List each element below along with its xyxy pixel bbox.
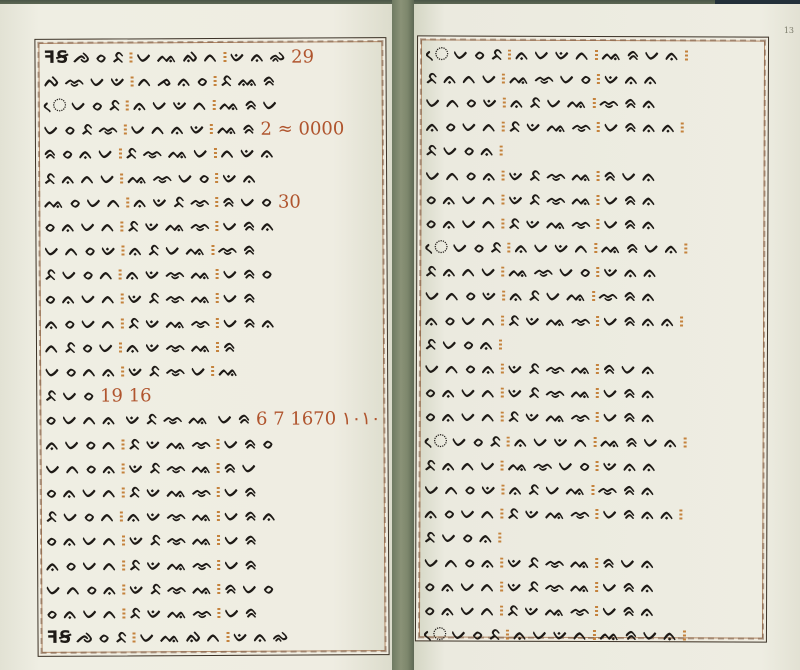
- lontara-glyph: ᨈ: [446, 167, 462, 184]
- lontara-glyph: ᨉ: [145, 218, 161, 235]
- pallawa-separator: [507, 436, 510, 447]
- lontara-glyph: ᨉ: [483, 95, 499, 112]
- lontara-glyph: ᨅ: [173, 194, 186, 211]
- lontara-glyph: ᨑ: [223, 194, 237, 211]
- lontara-glyph: ᨕ: [545, 603, 566, 620]
- manuscript-line: ᨊᨆᨔᨈᨅᨉᨕᨎᨆᨑᨔ: [45, 431, 381, 457]
- lontara-glyph: ᨊ: [662, 119, 677, 136]
- manuscript-line: ᨙᨆᨔᨅᨊᨆᨉᨈᨕᨑᨆᨊ: [425, 236, 761, 261]
- pallawa-separator: [500, 581, 503, 592]
- lontara-glyph: ᨆ: [242, 580, 258, 597]
- lontara-glyph: ᨉ: [147, 557, 163, 574]
- manuscript-line: ᨔᨊᨆᨈᨅᨉᨕᨎᨆᨑᨊ: [425, 405, 761, 430]
- lontara-glyph: ᨆ: [452, 433, 468, 450]
- lontara-glyph: ᨋ: [273, 629, 290, 646]
- lontara-glyph: ᨔ: [444, 312, 457, 329]
- lontara-glyph: ᨊ: [642, 119, 657, 136]
- lontara-glyph: ᨎ: [571, 313, 592, 330]
- manuscript-line: ᨔᨆᨈᨊᨉᨅᨎᨕᨆᨑ6 7 1670 هجرا سنة رمضان سبت ١٠…: [45, 407, 381, 433]
- lontara-glyph: ᨈ: [67, 581, 83, 598]
- lontara-glyph: ᨑ: [604, 168, 618, 185]
- pallawa-separator: [593, 437, 596, 448]
- pallawa-separator: [216, 342, 219, 353]
- lontara-glyph: ᨆ: [82, 557, 98, 574]
- lontara-glyph: ᨕ: [219, 363, 240, 380]
- lontara-glyph: ᨔ: [579, 458, 592, 475]
- lontara-glyph: ᨊ: [129, 242, 144, 259]
- lontara-glyph: ᨅ: [126, 146, 139, 163]
- lontara-glyph: ᨊ: [102, 460, 117, 477]
- lontara-glyph: ᨙ: [44, 98, 68, 115]
- lontara-glyph: ᨊ: [62, 291, 77, 308]
- lontara-glyph: ᨅ: [128, 315, 141, 332]
- lontara-glyph: ᨆ: [461, 506, 477, 523]
- pallawa-separator: [121, 366, 124, 377]
- lontara-glyph: ᨆ: [193, 145, 209, 162]
- lontara-glyph: ᨆ: [602, 603, 618, 620]
- pallawa-separator: [595, 50, 598, 61]
- pallawa-separator: [217, 535, 220, 546]
- manuscript-line: ᨅᨆᨔᨊ: [424, 526, 760, 551]
- lontara-glyph: ᨎ: [546, 192, 567, 209]
- lontara-glyph: ᨅ: [507, 506, 520, 523]
- lontara-glyph: ᨔ: [45, 412, 58, 429]
- lontara-glyph: ᨊ: [171, 121, 186, 138]
- lontara-glyph: ᨊ: [45, 436, 60, 453]
- lontara-glyph: ᨔ: [198, 170, 211, 187]
- lontara-glyph: ᨊ: [624, 264, 639, 281]
- lontara-glyph: ᨕ: [192, 508, 213, 525]
- lontara-glyph: ᨊ: [133, 97, 148, 114]
- lontara-glyph: ᨈ: [575, 47, 591, 64]
- lontara-glyph: ᨎ: [572, 216, 593, 233]
- lontara-glyph: ᨕ: [509, 70, 530, 87]
- lontara-glyph: ᨆ: [603, 409, 619, 426]
- lontara-glyph: ᨈ: [138, 73, 154, 90]
- lontara-glyph: ᨆ: [546, 288, 562, 305]
- manuscript-line: ꟻꞨᨌᨔᨅᨆᨕᨁᨈᨉᨊᨋ29: [43, 44, 379, 70]
- lontara-glyph: ᨁ: [182, 49, 199, 66]
- pallawa-separator: [503, 98, 506, 109]
- lontara-glyph: ᨎ: [65, 73, 86, 90]
- lontara-glyph: ᨆ: [424, 554, 440, 571]
- lontara-glyph: ᨊ: [479, 530, 494, 547]
- lontara-glyph: ᨊ: [442, 215, 457, 232]
- lontara-glyph: ᨔ: [85, 460, 98, 477]
- lontara-glyph: ᨉ: [110, 73, 126, 90]
- lontara-glyph: ᨑ: [603, 361, 617, 378]
- lontara-glyph: ᨅ: [528, 554, 541, 571]
- lontara-glyph: ᨑ: [623, 603, 637, 620]
- lontara-glyph: ᨑ: [243, 121, 257, 138]
- lontara-glyph: ᨉ: [146, 436, 162, 453]
- lontara-glyph: ᨊ: [509, 482, 524, 499]
- rubric-annotation: 6 7 1670 هجرا سنة رمضان سبت ١٠١٠: [256, 408, 381, 431]
- manuscript-line: ᨊᨔᨆᨈᨅᨉᨕᨎᨆᨑᨊᨊ: [426, 115, 762, 140]
- lontara-glyph: ᨆ: [223, 315, 239, 332]
- pallawa-separator: [506, 630, 509, 641]
- lontara-glyph: ᨊ: [643, 458, 658, 475]
- lontara-glyph: ᨉ: [507, 554, 523, 571]
- lontara-glyph: ᨔ: [64, 122, 77, 139]
- lontara-glyph: ᨅ: [109, 97, 122, 114]
- lontara-glyph: ᨍ: [157, 73, 173, 90]
- lontara-glyph: ᨅ: [509, 119, 522, 136]
- lontara-glyph: ᨕ: [166, 436, 187, 453]
- lontara-glyph: ᨕ: [165, 218, 186, 235]
- lontara-glyph: ᨔ: [464, 554, 477, 571]
- lontara-glyph: ᨔ: [46, 485, 59, 502]
- pallawa-separator: [217, 439, 220, 450]
- lontara-glyph: ᨈ: [445, 288, 461, 305]
- manuscript-line: ᨊᨔᨆᨈᨅᨉᨕᨎᨆᨑᨊᨊ: [424, 502, 760, 527]
- lontara-glyph: ᨈ: [481, 385, 497, 402]
- lontara-glyph: ᨊ: [515, 46, 530, 63]
- lontara-glyph: ᨔ: [472, 627, 485, 644]
- pallawa-separator: [501, 388, 504, 399]
- lontara-glyph: ᨈ: [81, 170, 97, 187]
- lontara-glyph: ᨉ: [482, 288, 498, 305]
- lontara-glyph: ᨕ: [192, 460, 213, 477]
- manuscript-line: ᨅᨆᨔᨈᨊᨉᨎᨕᨆᨑᨊ: [46, 504, 382, 530]
- lontara-glyph: ᨆ: [152, 97, 168, 114]
- lontara-glyph: ᨑ: [245, 508, 259, 525]
- lontara-glyph: ᨌ: [73, 49, 91, 66]
- lontara-glyph: ᨆ: [644, 240, 660, 257]
- lontara-glyph: ᨔ: [425, 191, 438, 208]
- lontara-glyph: ᨎ: [190, 194, 211, 211]
- lontara-glyph: ᨆ: [621, 361, 637, 378]
- lontara-glyph: ᨆ: [224, 484, 240, 501]
- lontara-glyph: ᨊ: [642, 95, 657, 112]
- rubric-annotation: 2 ≈ 0000: [260, 118, 344, 139]
- lontara-glyph: ᨎ: [599, 288, 620, 305]
- pallawa-separator: [595, 582, 598, 593]
- lontara-glyph: ᨅ: [528, 578, 541, 595]
- lontara-glyph: ᨑ: [263, 72, 277, 89]
- rubric-annotation: 19 16: [100, 386, 152, 407]
- lontara-glyph: ᨊ: [442, 457, 457, 474]
- lontara-glyph: ᨆ: [603, 313, 619, 330]
- pallawa-separator: [595, 606, 598, 617]
- lontara-glyph: ᨊ: [133, 194, 148, 211]
- lontara-glyph: ᨅ: [115, 630, 128, 647]
- manuscript-line: ᨙᨆᨔᨅᨊᨆᨉᨈᨕᨑᨆᨊ: [424, 623, 760, 648]
- lontara-glyph: ᨅ: [81, 122, 94, 139]
- lontara-glyph: ᨅ: [150, 581, 163, 598]
- lontara-glyph: ᨙ: [425, 433, 449, 450]
- lontara-glyph: ᨅ: [425, 336, 438, 353]
- lontara-glyph: ᨕ: [601, 240, 622, 257]
- manuscript-line: ᨅᨊᨈᨆᨕᨎᨆᨔᨉᨊᨊ: [425, 260, 761, 285]
- lontara-glyph: ᨎ: [545, 579, 566, 596]
- lontara-glyph: ᨆ: [482, 70, 498, 87]
- lontara-glyph: ᨉ: [145, 315, 161, 332]
- lontara-glyph: ᨈ: [101, 291, 117, 308]
- lontara-glyph: ᨊ: [665, 47, 680, 64]
- pallawa-separator: [596, 388, 599, 399]
- lontara-glyph: ᨈ: [193, 97, 209, 114]
- lontara-glyph: ᨑ: [623, 482, 637, 499]
- lontara-glyph: ᨊ: [79, 146, 94, 163]
- lontara-glyph: ᨑ: [245, 556, 259, 573]
- lontara-glyph: ᨎ: [535, 71, 556, 88]
- lontara-glyph: ᨆ: [453, 46, 469, 63]
- manuscript-line: ᨆᨈᨔᨊᨉᨅᨎᨕᨑᨆᨔ: [46, 576, 382, 602]
- manuscript-line: ᨆᨈᨔᨊᨉᨅᨎᨕᨑᨆᨊ: [426, 163, 762, 188]
- lontara-glyph: ᨅ: [489, 627, 502, 644]
- lontara-glyph: ᨆ: [223, 218, 239, 235]
- pallawa-separator: [501, 364, 504, 375]
- lontara-glyph: ᨈ: [446, 94, 462, 111]
- lontara-glyph: ᨎ: [167, 508, 188, 525]
- lontara-glyph: ᨈ: [103, 605, 119, 622]
- pallawa-separator: [217, 487, 220, 498]
- lontara-glyph: ᨎ: [166, 363, 187, 380]
- lontara-glyph: ᨔ: [263, 580, 276, 597]
- lontara-glyph: ᨎ: [533, 458, 554, 475]
- lontara-glyph: ᨊ: [441, 602, 456, 619]
- pallawa-separator: [597, 74, 600, 85]
- lontara-glyph: ᨅ: [45, 267, 58, 284]
- pallawa-separator: [216, 221, 219, 232]
- lontara-glyph: ᨈ: [102, 315, 118, 332]
- lontara-glyph: ᨆ: [44, 243, 60, 260]
- lontara-glyph: ᨉ: [147, 605, 163, 622]
- lontara-glyph: ᨊ: [641, 506, 656, 523]
- pallawa-separator: [223, 52, 226, 63]
- lontara-glyph: ᨊ: [482, 361, 497, 378]
- lontara-glyph: ᨕ: [566, 288, 587, 305]
- lontara-glyph: ᨆ: [426, 167, 442, 184]
- lontara-glyph: ᨉ: [604, 71, 620, 88]
- lontara-glyph: ᨈ: [103, 533, 119, 550]
- lontara-glyph: ᨉ: [604, 264, 620, 281]
- pallawa-separator: [121, 318, 124, 329]
- lontara-glyph: ᨔ: [579, 264, 592, 281]
- lontara-glyph: ᨅ: [528, 385, 541, 402]
- lontara-glyph: ᨅ: [529, 191, 542, 208]
- lontara-glyph: ᨊ: [126, 267, 141, 284]
- lontara-glyph: ᨉ: [526, 119, 542, 136]
- lontara-glyph: ᨄ: [44, 74, 61, 91]
- pallawa-separator: [596, 461, 599, 472]
- lontara-glyph: ᨅ: [148, 291, 161, 308]
- lontara-glyph: ᨆ: [558, 458, 574, 475]
- pallawa-separator: [120, 221, 123, 232]
- lontara-glyph: ᨊ: [63, 533, 78, 550]
- lontara-glyph: ᨈ: [207, 629, 223, 646]
- lontara-glyph: ᨊ: [63, 606, 78, 623]
- lontara-glyph: ᨈ: [65, 243, 81, 260]
- lontara-glyph: ᨆ: [620, 555, 636, 572]
- manuscript-line: ᨅᨊᨈᨆᨕᨎᨆᨔᨉᨊᨊ: [426, 67, 762, 92]
- lontara-glyph: ᨅ: [529, 167, 542, 184]
- lontara-glyph: ᨆ: [224, 532, 240, 549]
- lontara-glyph: ᨊ: [424, 506, 439, 523]
- lontara-glyph: ᨊ: [642, 216, 657, 233]
- manuscript-line: ᨆᨈᨔᨊᨉᨅᨎᨕᨑᨆᨊ: [425, 357, 761, 382]
- pallawa-separator: [685, 50, 688, 61]
- lontara-glyph: ᨊ: [261, 314, 276, 331]
- lontara-glyph: ᨉ: [129, 581, 145, 598]
- lontara-glyph: ᨆ: [535, 46, 551, 63]
- lontara-glyph: ᨙ: [425, 240, 449, 257]
- lontara-glyph: ᨈ: [482, 312, 498, 329]
- pallawa-separator: [502, 170, 505, 181]
- manuscript-line: ᨄᨎᨆᨉᨈᨍᨊᨔᨅᨐᨑ: [44, 68, 380, 94]
- lontara-glyph: ᨑ: [624, 313, 638, 330]
- lontara-glyph: ᨆ: [65, 436, 81, 453]
- lontara-glyph: ᨔ: [197, 73, 210, 90]
- lontara-glyph: ᨊ: [664, 434, 679, 451]
- lontara-glyph: ᨎ: [598, 482, 619, 499]
- pallawa-separator: [122, 584, 125, 595]
- lontara-glyph: ᨎ: [570, 603, 591, 620]
- lontara-glyph: ᨔ: [424, 602, 437, 619]
- lontara-glyph: ᨊ: [61, 219, 76, 236]
- lontara-glyph: ᨊ: [642, 192, 657, 209]
- lontara-glyph: ᨎ: [153, 170, 174, 187]
- pallawa-separator: [119, 342, 122, 353]
- manuscript-line: ᨆᨈᨔᨉᨊᨅᨆᨕᨎᨑ: [44, 238, 380, 264]
- lontara-glyph: ᨆ: [643, 627, 659, 644]
- lontara-glyph: ᨈ: [99, 267, 115, 284]
- rubric-annotation: 29: [291, 46, 314, 67]
- lontara-glyph: ᨉ: [145, 267, 161, 284]
- lontara-glyph: ᨉ: [509, 167, 525, 184]
- lontara-glyph: ᨊ: [61, 170, 76, 187]
- lontara-glyph: ᨊ: [442, 409, 457, 426]
- pallawa-separator: [502, 267, 505, 278]
- lontara-glyph: ᨋ: [270, 48, 287, 65]
- lontara-glyph: ᨈ: [575, 240, 591, 257]
- lontara-glyph: ᨆ: [82, 533, 98, 550]
- lontara-glyph: ᨑ: [603, 555, 617, 572]
- left-text-frame: ꟻꞨᨌᨔᨅᨆᨕᨁᨈᨉᨊᨋ29ᨄᨎᨆᨉᨈᨍᨊᨔᨅᨐᨑᨙᨆᨔᨅᨊᨆᨉᨈᨕᨑᨆᨆᨔᨅᨎ…: [34, 37, 389, 657]
- lontara-glyph: ᨔ: [445, 119, 458, 136]
- lontara-glyph: ᨈ: [107, 194, 123, 211]
- rubric-annotation: 30: [278, 191, 301, 212]
- lontara-glyph: ᨈ: [101, 509, 117, 526]
- lontara-glyph: ᨕ: [567, 95, 588, 112]
- lontara-glyph: ᨊ: [443, 70, 458, 87]
- lontara-glyph: ᨎ: [218, 242, 239, 259]
- lontara-glyph: ᨆ: [81, 291, 97, 308]
- lontara-glyph: ᨎ: [546, 361, 567, 378]
- lontara-glyph: ᨅ: [426, 143, 439, 160]
- lontara-glyph: ᨕ: [547, 119, 568, 136]
- lontara-glyph: ᨈ: [221, 145, 237, 162]
- pallawa-separator: [597, 195, 600, 206]
- lontara-glyph: ᨉ: [507, 578, 523, 595]
- pallawa-separator: [213, 100, 216, 111]
- lontara-glyph: ᨅ: [490, 433, 503, 450]
- pallawa-separator: [502, 194, 505, 205]
- lontara-glyph: ᨆ: [83, 606, 99, 623]
- lontara-glyph: ᨅ: [148, 242, 161, 259]
- lontara-glyph: ᨊ: [625, 71, 640, 88]
- lontara-glyph: ᨑ: [244, 484, 258, 501]
- pallawa-separator: [502, 291, 505, 302]
- lontara-glyph: ᨎ: [571, 506, 592, 523]
- manuscript-line: ᨔᨊᨆᨈᨉᨅᨎᨕᨆᨑᨊ: [424, 575, 760, 600]
- pallawa-separator: [508, 49, 511, 60]
- lontara-glyph: ᨆ: [62, 267, 78, 284]
- lontara-glyph: ᨊ: [480, 336, 495, 353]
- lontara-glyph: ᨔ: [82, 267, 95, 284]
- lontara-glyph: ᨅ: [129, 484, 142, 501]
- lontara-glyph: ᨅ: [129, 436, 142, 453]
- lontara-glyph: ᨆ: [140, 629, 156, 646]
- lontara-glyph: ᨔ: [425, 385, 438, 402]
- lontara-glyph: ᨆ: [462, 215, 478, 232]
- lontara-glyph: ᨕ: [545, 506, 566, 523]
- lontara-glyph: ᨆ: [46, 582, 62, 599]
- pallawa-separator: [596, 412, 599, 423]
- lontara-glyph: ᨆ: [603, 385, 619, 402]
- lontara-glyph: ᨔ: [580, 71, 593, 88]
- pallawa-separator: [126, 100, 129, 111]
- manuscript-line: ᨅᨆᨔᨊ: [425, 333, 761, 358]
- pallawa-separator: [594, 243, 597, 254]
- lontara-glyph: ᨅ: [146, 412, 159, 429]
- lontara-glyph: ᨈ: [462, 70, 478, 87]
- lontara-glyph: ᨕ: [44, 194, 65, 211]
- lontara-glyph: ᨎ: [546, 385, 567, 402]
- manuscript-line: ᨅᨆᨔ19 16: [45, 383, 381, 409]
- lontara-glyph: ᨊ: [425, 312, 440, 329]
- manuscript-line: ᨆᨈᨔᨉᨊᨅᨆᨕᨎᨑᨊ: [426, 91, 762, 116]
- pallawa-separator: [502, 122, 505, 133]
- lontara-glyph: ᨉ: [603, 458, 619, 475]
- pallawa-separator: [502, 485, 505, 496]
- lontara-glyph: ᨊ: [441, 578, 456, 595]
- right-text-block: ᨙᨆᨔᨅᨊᨆᨉᨈᨕᨑᨆᨊᨅᨊᨈᨆᨕᨎᨆᨔᨉᨊᨊᨆᨈᨔᨉᨊᨅᨆᨕᨎᨑᨊᨊᨔᨆᨈᨅᨉ…: [424, 42, 762, 648]
- pallawa-separator: [502, 73, 505, 84]
- lontara-glyph: ᨈ: [101, 218, 117, 235]
- lontara-glyph: ᨊ: [45, 315, 60, 332]
- lontara-glyph: ᨅ: [528, 482, 541, 499]
- lontara-glyph: ᨆ: [178, 170, 194, 187]
- lontara-glyph: ᨑ: [243, 266, 257, 283]
- lontara-glyph: ᨈ: [482, 191, 498, 208]
- pallawa-separator: [684, 243, 687, 254]
- lontara-glyph: ᨑ: [624, 289, 638, 306]
- lontara-glyph: ᨑ: [625, 95, 639, 112]
- lontara-glyph: ᨊ: [513, 627, 528, 644]
- lontara-glyph: ᨅ: [149, 363, 162, 380]
- lontara-glyph: ᨕ: [566, 482, 587, 499]
- lontara-glyph: ᨑ: [623, 579, 637, 596]
- lontara-glyph: ᨔ: [425, 409, 438, 426]
- lontara-glyph: ᨈ: [445, 554, 461, 571]
- lontara-glyph: ᨔ: [261, 193, 274, 210]
- lontara-glyph: ᨊ: [642, 313, 657, 330]
- lontara-glyph: ᨈ: [83, 412, 99, 429]
- lontara-glyph: ᨅ: [221, 73, 234, 90]
- pallawa-separator: [501, 412, 504, 423]
- lontara-glyph: ᨆ: [533, 627, 549, 644]
- lontara-glyph: ᨎ: [534, 264, 555, 281]
- lontara-glyph: ᨎ: [167, 532, 188, 549]
- pallawa-separator: [215, 172, 218, 183]
- pallawa-separator: [593, 630, 596, 641]
- lontara-glyph: ᨊ: [480, 143, 495, 160]
- lontara-glyph: ᨔ: [465, 167, 478, 184]
- lontara-glyph: ᨆ: [547, 95, 563, 112]
- lontara-glyph: ᨆ: [645, 47, 661, 64]
